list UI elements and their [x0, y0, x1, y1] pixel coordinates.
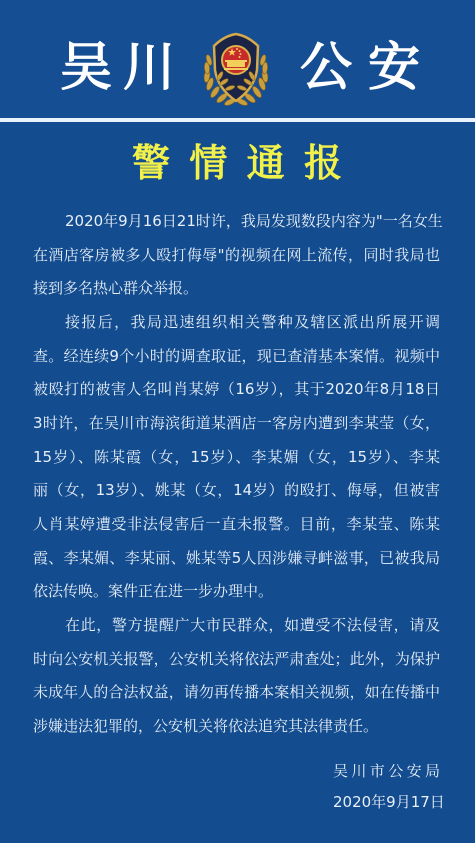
text-line: 霞、李某媚、李某丽、姚某等5人因涉嫌寻衅滋事，已被我局 [33, 542, 440, 576]
text-line: 查。经连续9个小时的调查取证，现已查清基本案情。视频中 [33, 340, 440, 374]
org-name-right: 公安 [300, 41, 420, 95]
paragraph-report: 2020年9月16日21时许，我局发现数段内容为"一名女生 在酒店客房被多人殴打… [33, 205, 440, 306]
text-line: 被殴打的被害人名叫肖某婷（16岁），其于2020年8月18日 [33, 373, 440, 407]
issue-date: 2020年9月17日 [333, 787, 440, 818]
text-line: 2020年9月16日21时许，我局发现数段内容为"一名女生 [33, 205, 440, 239]
text-line: 丽（女，13岁）、姚某（女，14岁）的殴打、侮辱，但被害 [33, 474, 440, 508]
issuer-name: 吴川市公安局 [333, 756, 440, 787]
paragraph-reminder: 在此，警方提醒广大市民群众，如遭受不法侵害，请及 时向公安机关报警，公安机关将依… [33, 609, 440, 744]
text-line: 3时许，在吴川市海滨街道某酒店一客房内遭到李某莹（女， [33, 407, 440, 441]
notice-body: 2020年9月16日21时许，我局发现数段内容为"一名女生 在酒店客房被多人殴打… [33, 205, 440, 744]
notice-title: 警情通报 [132, 144, 342, 184]
text-line: 时向公安机关报警，公安机关将依法严肃查处；此外，为保护 [33, 643, 440, 677]
text-line: 未成年人的合法权益，请勿再传播本案相关视频，如在传播中 [33, 676, 440, 710]
signature-block: 吴川市公安局 2020年9月17日 [333, 756, 440, 818]
header-divider [0, 118, 475, 122]
police-emblem-icon [202, 30, 270, 106]
text-line: 在此，警方提醒广大市民群众，如遭受不法侵害，请及 [33, 609, 440, 643]
text-line: 在酒店客房被多人殴打侮辱"的视频在网上流传，同时我局也 [33, 239, 440, 273]
text-line: 15岁）、陈某霞（女，15岁）、李某媚（女，15岁）、李某 [33, 441, 440, 475]
text-line: 依法传唤。案件正在进一步办理中。 [33, 575, 440, 609]
org-name-left: 吴川 [60, 41, 175, 95]
text-line: 涉嫌违法犯罪的，公安机关将依法追究其法律责任。 [33, 710, 440, 744]
text-line: 接报后，我局迅速组织相关警种及辖区派出所展开调 [33, 306, 440, 340]
text-line: 接到多名热心群众举报。 [33, 272, 440, 306]
text-line: 人肖某婷遭受非法侵害后一直未报警。目前，李某莹、陈某 [33, 508, 440, 542]
paragraph-investigation: 接报后，我局迅速组织相关警种及辖区派出所展开调 查。经连续9个小时的调查取证，现… [33, 306, 440, 609]
